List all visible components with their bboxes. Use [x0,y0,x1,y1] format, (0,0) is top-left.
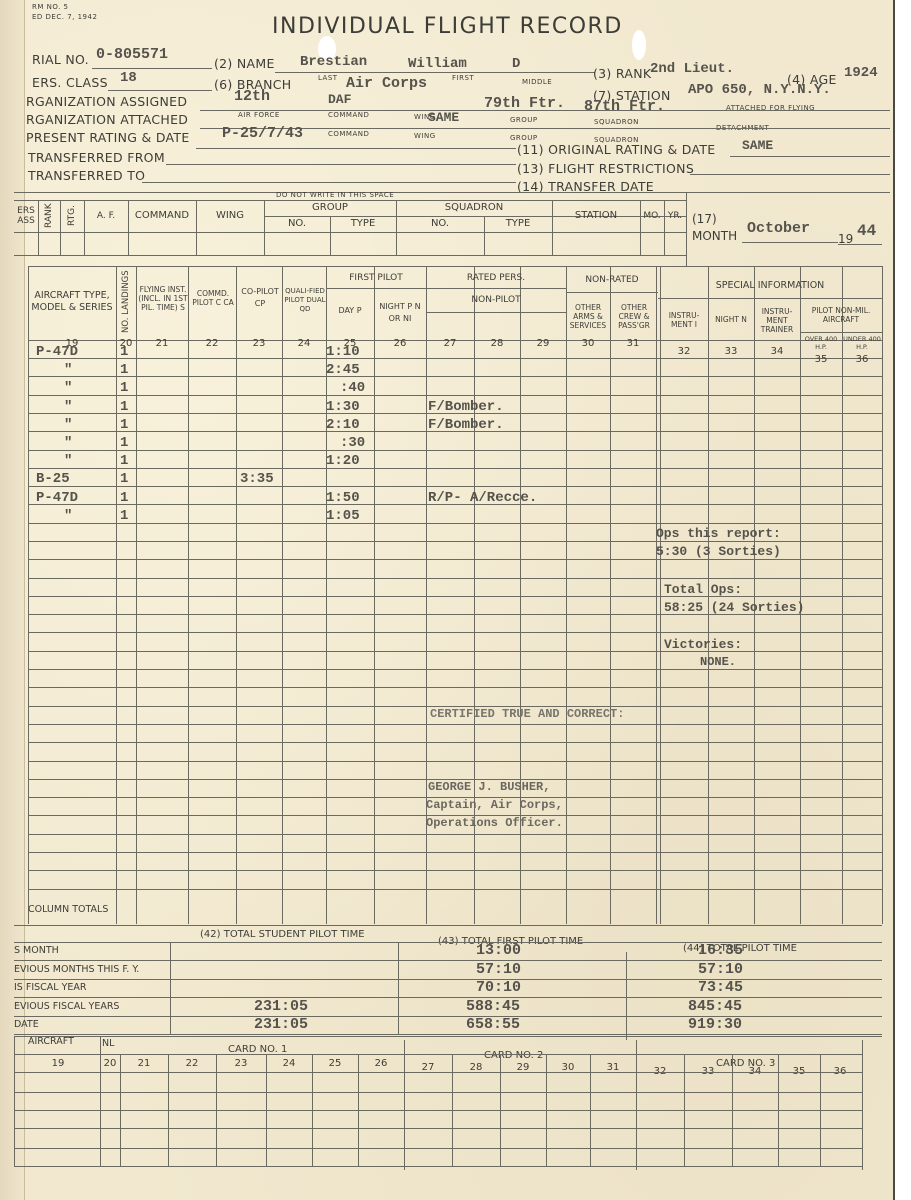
first-sublabel: FIRST [452,74,474,82]
total-pilot-time-value: 845:45 [688,998,742,1015]
transferred-from-label: TRANSFERRED FROM [28,150,165,165]
col-squadron: SQUADRON [396,200,552,216]
total-ops-value: 58:25 (24 Sorties) [664,600,804,615]
do-not-write-note: DO NOT WRITE IN THIS SPACE [276,191,394,199]
col-26-header: NIGHT P N OR NI [374,290,426,336]
table-row-line [28,596,882,597]
table-row-line [28,669,882,670]
remark-cell: R/P- A/Recce. [428,490,537,506]
table-row-line [28,889,882,890]
total-pilot-time-value: 16:35 [698,942,743,959]
table-row-line [28,486,882,487]
table-grid-line [660,266,661,924]
first-pilot-time-value: 70:10 [476,979,521,996]
col-35-header: OVER 400 H.P. [800,333,842,353]
total-pilot-time-value: 57:10 [698,961,743,978]
punch-hole [632,30,646,60]
card-column-number: 22 [168,1056,216,1070]
card-column-number: 35 [778,1064,820,1078]
card-column-number: 26 [358,1056,404,1070]
table-row-line [28,724,882,725]
name-label: (2) NAME [214,56,275,71]
card-column-number: 23 [216,1056,266,1070]
student-pilot-time-value: 231:05 [254,1016,308,1033]
pilot-non-mil-header: PILOT NON-MIL. AIRCRAFT [800,300,882,330]
table-row-line [28,632,882,633]
table-row-line [28,358,882,359]
serial-value: 0-805571 [96,46,168,63]
ops-report-value: 5:30 (3 Sorties) [656,544,781,559]
station-value: APO 650, N.Y.N.Y. [688,82,831,98]
column-number-34: 34 [754,344,800,358]
aircraft-cell: " [64,453,72,469]
column-number-32: 32 [660,344,708,358]
table-grid-line [610,266,611,924]
col-group: GROUP [264,200,396,216]
table-row-line [28,559,882,560]
aircraft-cell: P-47D [36,490,78,506]
column-number-33: 33 [708,344,754,358]
air-force-sublabel: AIR FORCE [238,111,280,119]
landings-cell: 1 [120,417,128,433]
column-number-24: 24 [282,336,326,350]
landings-cell: 1 [120,471,128,487]
name-first: William [408,56,467,72]
certified-statement: CERTIFIED TRUE AND CORRECT: [430,707,624,721]
pers-class-value: 18 [120,70,137,86]
col-20-header: NO. LANDINGS [116,268,136,336]
col-squadron-no: NO. [396,216,484,232]
name-last: Brestian [300,54,367,70]
totals-row-label: EVIOUS FISCAL YEARS [14,1001,119,1012]
col-group-no: NO. [264,216,330,232]
col-32-header: INSTRU-MENT I [660,300,708,340]
org-assigned-label: RGANIZATION ASSIGNED [26,94,187,109]
col-command: COMMAND [128,202,196,230]
first-pilot-day-cell: :30 [340,435,365,451]
aircraft-cell: B-25 [36,471,70,487]
special-info-header: SPECIAL INFORMATION [658,276,882,296]
total-pilot-time-value: 919:30 [688,1016,742,1033]
col-mo: MO. [640,202,664,230]
landings-cell: 1 [120,399,128,415]
table-row-line [28,761,882,762]
first-pilot-day-cell: 2:10 [326,417,360,433]
officer-rank: Captain, Air Corps, [426,798,563,812]
wing-sublabel: WING [414,132,436,140]
year-value: 44 [857,222,876,240]
rank-label: (3) RANK [593,66,651,81]
col-25-header: DAY P [326,290,374,332]
table-row-line [28,870,882,871]
column-number-30: 30 [566,336,610,350]
present-rating-label: PRESENT RATING & DATE [26,130,190,145]
column-number-28: 28 [474,336,520,350]
command-sublabel: COMMAND [328,130,369,138]
org-assigned-command: DAF [328,92,351,107]
table-row-line [28,541,882,542]
table-grid-line [136,266,137,924]
first-pilot-day-cell: 1:05 [326,508,360,524]
first-pilot-time-value: 588:45 [466,998,520,1015]
first-pilot-day-cell: 2:45 [326,362,360,378]
col-34-header: INSTRU-MENT TRAINER [754,300,800,340]
rank-value: 2nd Lieut. [650,61,734,77]
form-number: RM NO. 5 [32,3,69,11]
table-row-line [28,852,882,853]
table-grid-line [282,266,283,924]
totals-row-label: IS FISCAL YEAR [14,982,87,993]
table-grid-line [566,266,567,924]
first-pilot-time-value: 658:55 [466,1016,520,1033]
table-row-line [28,523,882,524]
table-grid-line [374,266,375,924]
total-ops-label: Total Ops: [664,582,742,597]
totals-row-label: DATE [14,1019,39,1030]
card-column-number: 19 [14,1056,102,1070]
column-number-29: 29 [520,336,566,350]
landings-cell: 1 [120,508,128,524]
landings-cell: 1 [120,362,128,378]
month-value: October [747,220,810,237]
card-column-number: 25 [312,1056,358,1070]
aircraft-cell: " [64,508,72,524]
table-row-line [28,834,882,835]
table-row-line [28,687,882,688]
non-rated-header: NON-RATED [566,270,658,290]
card-column-number: 21 [120,1056,168,1070]
month-label-number: (17) [692,212,717,226]
col-19-header: AIRCRAFT TYPE, MODEL & SERIES [28,268,116,336]
squadron-sublabel: SQUADRON [594,118,639,126]
officer-title: Operations Officer. [426,816,563,830]
table-row-line [28,651,882,652]
org-assigned-squadron: 87th Ftr. [584,98,665,115]
rated-pers-header: RATED PERS. [426,268,566,288]
original-rating-label: (11) ORIGINAL RATING & DATE [517,142,716,157]
first-pilot-time-value: 57:10 [476,961,521,978]
org-attached-label: RGANIZATION ATTACHED [26,112,188,127]
name-middle: D [512,56,520,72]
page-edge [893,0,895,1200]
cards-aircraft-header: AIRCRAFT [28,1036,74,1047]
last-sublabel: LAST [318,74,338,82]
student-pilot-time-label: (42) TOTAL STUDENT PILOT TIME [200,929,365,940]
victories-value: NONE. [700,655,736,669]
victories-label: Victories: [664,637,742,652]
form-revised: ED DEC. 7, 1942 [32,13,97,21]
column-number-31: 31 [610,336,656,350]
aircraft-cell: P-47D [36,344,78,360]
column-number-22: 22 [188,336,236,350]
branch-value: Air Corps [346,75,427,92]
original-rating-value: SAME [742,138,773,153]
col-21-header: FLYING INST. (INCL. IN 1ST PIL. TIME) S [138,268,188,328]
table-row-line [28,468,882,469]
aircraft-cell: " [64,399,72,415]
total-pilot-time-value: 73:45 [698,979,743,996]
landings-cell: 1 [120,453,128,469]
officer-name: GEORGE J. BUSHER, [428,780,550,794]
aircraft-cell: " [64,380,72,396]
first-pilot-day-cell: 1:10 [326,344,360,360]
col-rtg: RTG. [60,202,84,230]
aircraft-cell: " [64,362,72,378]
command-sublabel: COMMAND [328,111,369,119]
table-grid-line [236,266,237,924]
column-number-26: 26 [374,336,426,350]
table-grid-line [882,266,883,924]
first-pilot-time-value: 13:00 [476,942,521,959]
first-pilot-header: FIRST PILOT [326,268,426,288]
table-row-line [28,376,882,377]
card-column-number: 33 [684,1064,732,1078]
col-24-header: QUALI-FIED PILOT DUAL QD [284,268,326,332]
card-column-number: 36 [820,1064,860,1078]
table-grid-line [28,266,29,924]
group-sublabel: GROUP [510,116,538,124]
pers-class-label: ERS. CLASS [32,75,108,90]
aircraft-cell: " [64,435,72,451]
col-36-header: UNDER 400 H.P. [842,333,882,353]
card-column-number: 34 [732,1064,778,1078]
first-pilot-day-cell: 1:50 [326,490,360,506]
col-squadron-type: TYPE [484,216,552,232]
landings-cell: 1 [120,380,128,396]
column-number-27: 27 [426,336,474,350]
table-row-line [28,395,882,396]
table-row-line [28,450,882,451]
col-af: A. F. [84,202,128,230]
column-number-35: 35 [800,352,842,366]
table-grid-line [188,266,189,924]
col-31-header: OTHER CREW & PASS'GR [610,294,658,338]
flight-restrictions-label: (13) FLIGHT RESTRICTIONS [517,161,694,176]
col-yr: YR. [664,202,686,230]
table-grid-line [116,266,117,924]
table-grid-line [656,266,657,924]
present-rating-value: P-25/7/43 [222,125,303,142]
middle-sublabel: MIDDLE [522,78,552,86]
col-30-header: OTHER ARMS & SERVICES [566,294,610,338]
age-value: 1924 [844,65,878,81]
cards-nl-header: NL [102,1038,114,1049]
card-column-number: 24 [266,1056,312,1070]
landings-cell: 1 [120,490,128,506]
table-row-line [28,578,882,579]
first-pilot-day-cell: :40 [340,380,365,396]
landings-cell: 1 [120,435,128,451]
table-grid-line [754,266,755,924]
col-wing: WING [196,202,264,230]
transferred-to-label: TRANSFERRED TO [28,168,145,183]
column-totals-label: COLUMN TOTALS [28,904,108,915]
col-22-header: COMMD. PILOT C CA [190,268,236,328]
col-rank: RANK [38,202,60,230]
table-row-line [28,742,882,743]
aircraft-cell: " [64,417,72,433]
card-column-number: 32 [636,1064,684,1078]
copilot-cell: 3:35 [240,471,274,487]
landings-cell: 1 [120,344,128,360]
col-group-type: TYPE [330,216,396,232]
card-column-number: 20 [100,1056,120,1070]
column-number-36: 36 [842,352,882,366]
org-assigned-af: 12th [234,88,270,105]
student-pilot-time-value: 231:05 [254,998,308,1015]
group-sublabel: GROUP [510,134,538,142]
remark-cell: F/Bomber. [428,399,504,415]
ops-report-label: Ops this report: [656,526,781,541]
remark-cell: F/Bomber. [428,417,504,433]
col-station: STATION [552,202,640,230]
column-number-23: 23 [236,336,282,350]
serial-label: RIAL NO. [32,52,89,67]
column-number-21: 21 [136,336,188,350]
totals-row-label: EVIOUS MONTHS THIS F. Y. [14,964,139,975]
org-attached-wing: SAME [428,110,459,125]
col-pers-class: ERS ASS [14,202,38,230]
first-pilot-day-cell: 1:30 [326,399,360,415]
first-pilot-day-cell: 1:20 [326,453,360,469]
col-23-header: CO-PILOT CP [238,268,282,328]
totals-row-label: S MONTH [14,945,59,956]
non-pilot-header: NON-PILOT [426,290,566,310]
col-33-header: NIGHT N [708,300,754,340]
month-label: MONTH [692,229,737,243]
